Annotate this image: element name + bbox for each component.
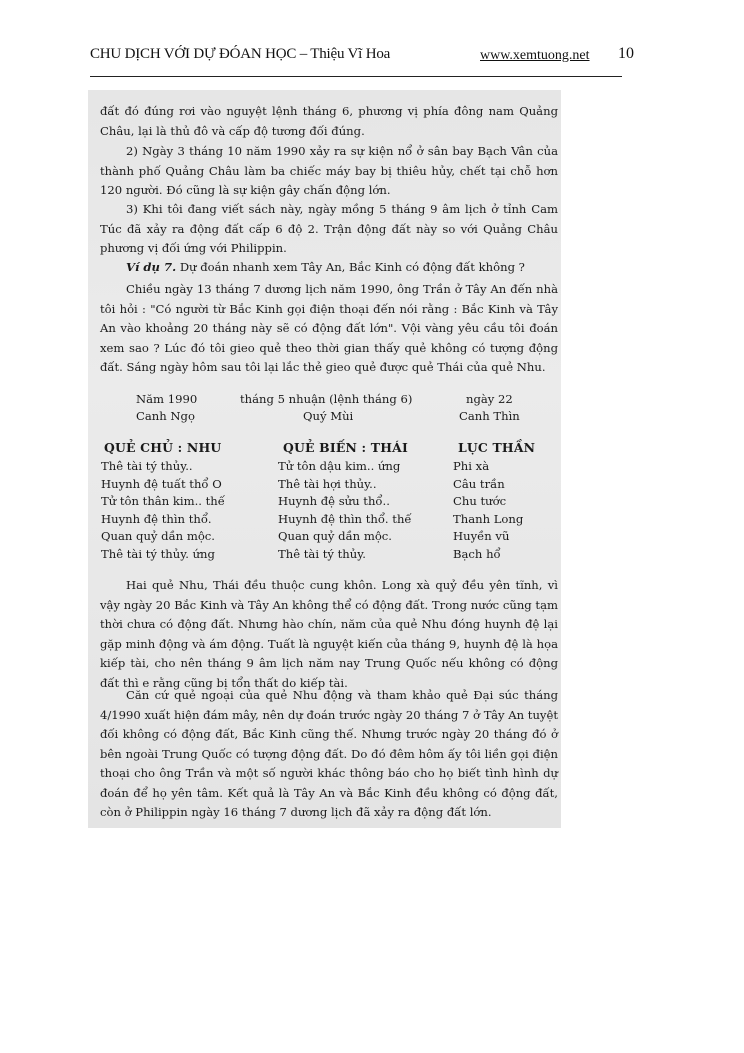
que-chu-column: Thê tài tý thủy.. Huynh đệ tuất thổ O Tử… [101,458,225,563]
book-title: CHU DỊCH VỚI DỰ ĐÓAN HỌC – Thiệu Vĩ Hoa [90,46,390,63]
que-chu-line: Quan quỷ dần mộc. [101,528,225,546]
que-bien-column: Tử tôn dậu kim.. ứng Thê tài hợi thủy.. … [278,458,412,563]
que-chu-line: Thê tài tý thủy.. [101,458,225,476]
que-bien-line: Huynh đệ thìn thổ. thế [278,511,412,529]
analysis-paragraph-1: Hai quẻ Nhu, Thái đều thuộc cung khôn. L… [100,576,558,693]
calendar-day: ngày 22 [466,392,513,406]
que-chu-line: Thê tài tý thủy. ứng [101,546,225,564]
paragraph-item-2: 2) Ngày 3 tháng 10 năm 1990 xảy ra sự ki… [100,142,558,201]
que-chu-line: Huynh đệ tuất thổ O [101,476,225,494]
que-bien-line: Thê tài hợi thủy.. [278,476,412,494]
header-divider [90,76,622,77]
example-heading: Ví dụ 7. Dự đoán nhanh xem Tây An, Bắc K… [100,258,558,278]
story-paragraph: Chiều ngày 13 tháng 7 dương lịch năm 199… [100,280,558,378]
luc-than-line: Bạch hổ [453,546,523,564]
example-title: Dự đoán nhanh xem Tây An, Bắc Kinh có độ… [180,260,525,274]
paragraph-item-3: 3) Khi tôi đang viết sách này, ngày mồng… [100,200,558,259]
example-label: Ví dụ 7. [126,260,176,274]
page-header: CHU DỊCH VỚI DỰ ĐÓAN HỌC – Thiệu Vĩ Hoa … [90,44,634,66]
luc-than-line: Câu trần [453,476,523,494]
luc-than-column: Phi xà Câu trần Chu tước Thanh Long Huyề… [453,458,523,563]
scanned-page-image: đất đó đúng rơi vào nguyệt lệnh tháng 6,… [88,90,561,828]
header-que-chu: QUẺ CHỦ : NHU [104,440,221,455]
calendar-month: tháng 5 nhuận (lệnh tháng 6) [240,392,412,406]
calendar-year: Năm 1990 [136,392,197,406]
calendar-day-ganzhi: Canh Thìn [459,409,520,423]
website-link[interactable]: www.xemtuong.net [480,48,590,64]
luc-than-line: Chu tước [453,493,523,511]
luc-than-line: Huyền vũ [453,528,523,546]
calendar-year-ganzhi: Canh Ngọ [136,409,195,423]
que-bien-line: Huynh đệ sửu thổ.. [278,493,412,511]
que-bien-line: Tử tôn dậu kim.. ứng [278,458,412,476]
luc-than-line: Thanh Long [453,511,523,529]
analysis-paragraph-2: Căn cứ quẻ ngoại của quẻ Nhu động và tha… [100,686,558,823]
header-que-bien: QUẺ BIẾN : THÁI [283,440,408,455]
que-bien-line: Quan quỷ dần mộc. [278,528,412,546]
luc-than-line: Phi xà [453,458,523,476]
header-luc-than: LỤC THẦN [458,440,535,455]
que-chu-line: Tử tôn thân kim.. thế [101,493,225,511]
que-chu-line: Huynh đệ thìn thổ. [101,511,225,529]
page-number: 10 [618,45,634,63]
paragraph-continuation: đất đó đúng rơi vào nguyệt lệnh tháng 6,… [100,102,558,141]
calendar-month-ganzhi: Quý Mùi [303,409,353,423]
que-bien-line: Thê tài tý thủy. [278,546,412,564]
